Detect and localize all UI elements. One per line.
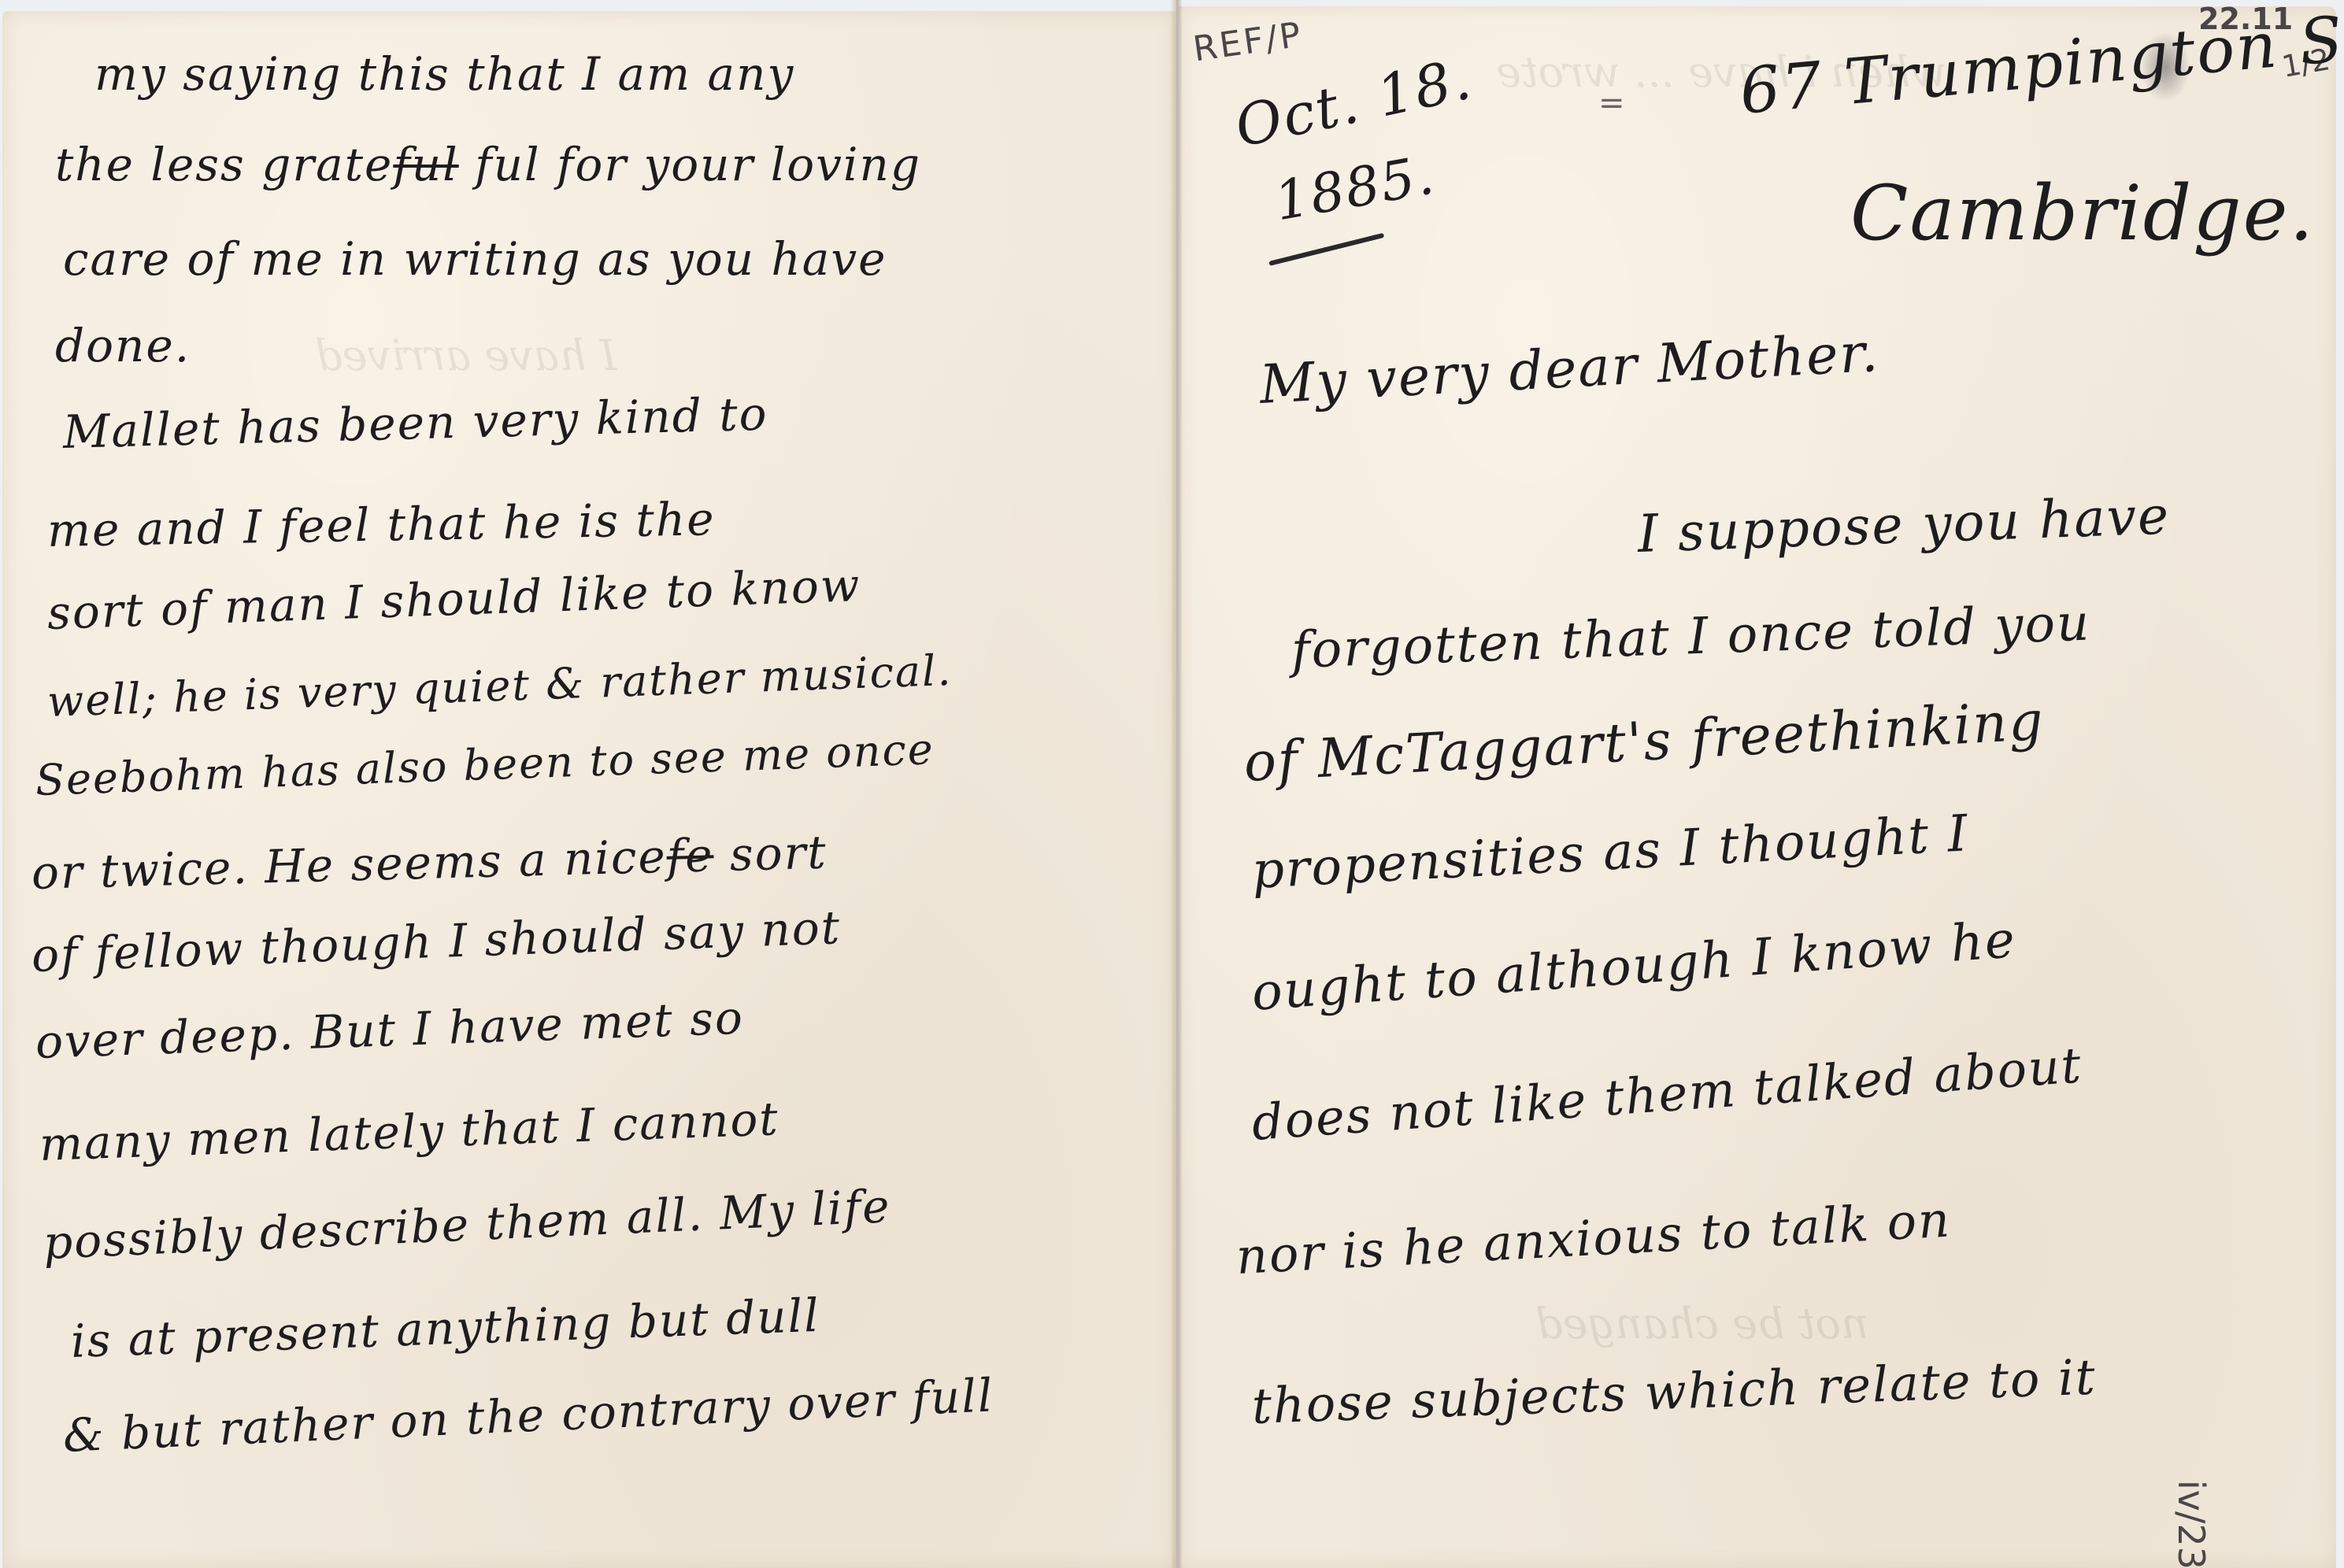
left-line-2-start: the less grate <box>55 138 393 191</box>
folio-bottom-mark: iv/23 <box>2170 1480 2213 1568</box>
ditto-mark: = <box>1598 85 1625 121</box>
left-line-4: done. <box>55 319 191 372</box>
address-city: Cambridge. <box>1850 169 2315 257</box>
bleed-through-text: I have arrived <box>315 331 617 380</box>
scanned-letter: when i have ... wrote I have arrived not… <box>0 0 2344 1568</box>
bleed-through-text: not be changed <box>1535 1299 1868 1348</box>
left-line-10-end: sort <box>713 826 828 882</box>
page-fold <box>1170 0 1183 1568</box>
left-line-2-end: ful for your loving <box>459 138 921 191</box>
left-line-2: the less grateful ful for your loving <box>55 138 921 191</box>
left-line-1: my saying this that I am any <box>94 47 794 101</box>
left-line-3: care of me in writing as you have <box>63 232 887 286</box>
struck-word: fe <box>666 828 715 883</box>
struck-word: ful <box>393 138 458 191</box>
